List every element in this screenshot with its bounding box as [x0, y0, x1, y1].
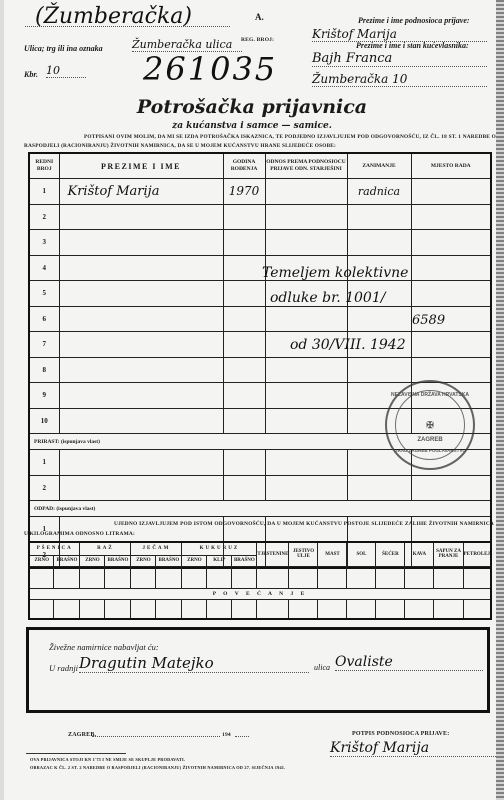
person-name[interactable] [59, 475, 223, 501]
person-year[interactable] [223, 475, 265, 501]
form-title: Potrošačka prijavnica [0, 96, 504, 118]
person-relation[interactable] [265, 450, 347, 476]
stamp-emblem-icon: ✠ [387, 420, 473, 431]
footer-rule [26, 753, 126, 754]
stock-cell[interactable] [318, 566, 347, 588]
person-name[interactable] [59, 230, 223, 256]
person-relation[interactable] [265, 306, 347, 332]
stock-cell[interactable] [376, 599, 405, 619]
row-no: 6 [29, 306, 59, 332]
person-occupation[interactable] [347, 230, 411, 256]
stock-group-jecam: JEČAM [131, 542, 182, 555]
stock-cell[interactable] [232, 566, 257, 588]
person-year[interactable] [223, 357, 265, 383]
form-mark: A. [255, 12, 264, 22]
street-label: Ulica; trg ili ina oznaka [24, 44, 103, 53]
supply-heading: Živežne namirnice nabavljat ću: [49, 642, 159, 652]
stock-cell[interactable] [347, 599, 376, 619]
person-year[interactable]: 1970 [223, 179, 265, 205]
person-relation[interactable] [265, 230, 347, 256]
person-year[interactable] [223, 306, 265, 332]
persons-table: REDNI BROJ PREZIME I IME GODINA ROĐENJA … [28, 152, 492, 569]
person-year[interactable] [223, 230, 265, 256]
stock-table: PŠENICA RAŽ JEČAM KUKURUZ TJESTENINE JES… [28, 541, 492, 620]
row-no: 4 [29, 255, 59, 281]
stock-cell[interactable] [105, 599, 131, 619]
stock-cell[interactable] [207, 566, 232, 588]
person-workplace[interactable] [411, 475, 491, 501]
person-year[interactable] [223, 255, 265, 281]
col-header-relation: ODNOS PREMA PODNOSIOCU PRIJAVE ODN. STAR… [265, 153, 347, 179]
house-no-label: Kbr. [24, 70, 38, 79]
stamp-top-text: NEZAVISNA DRŽAVA HRVATSKA [387, 392, 473, 398]
intro-text: POTPISANI OVIM MOLIM, DA MI SE IZDA POTR… [24, 133, 496, 151]
stock-cell[interactable] [80, 599, 105, 619]
row-no: 8 [29, 357, 59, 383]
person-year[interactable] [223, 450, 265, 476]
person-name[interactable] [59, 383, 223, 409]
person-workplace[interactable] [411, 255, 491, 281]
stock-sub-zrno: ZRNO [131, 555, 156, 566]
stock-cell[interactable] [80, 566, 105, 588]
table-row: 8 [29, 357, 491, 383]
person-relation[interactable] [265, 383, 347, 409]
person-name[interactable] [59, 450, 223, 476]
col-header-no: REDNI BROJ [29, 153, 59, 179]
stock-col-kava: KAVA [405, 542, 434, 566]
stock-cell[interactable] [29, 566, 54, 588]
col-header-year: GODINA ROĐENJA [223, 153, 265, 179]
stock-cell[interactable] [156, 599, 182, 619]
annotation-line-4: od 30/VIII. 1942 [290, 337, 406, 353]
stock-cell[interactable] [376, 566, 405, 588]
regulation-note: OBRAZAC K ČL. 2 ST. 2 NAREDBE O RASPODJE… [30, 765, 285, 770]
place-label: ZAGREB, [68, 732, 96, 738]
person-relation[interactable] [265, 204, 347, 230]
row-no: 10 [29, 408, 59, 434]
stock-sub-zrno: ZRNO [182, 555, 207, 566]
annotation-line-1: Temeljem kolektivne [262, 265, 408, 281]
official-stamp: NEZAVISNA DRŽAVA HRVATSKA ✠ ZAGREB GRAD … [385, 380, 475, 470]
stock-col-tjestenine: TJESTENINE [257, 542, 289, 566]
person-workplace[interactable] [411, 281, 491, 307]
price-note: OVA PRIJAVNICA STOJI KN 1'75 I NE SMIJE … [30, 757, 185, 762]
table-row: 4 [29, 255, 491, 281]
house-no-value: 10 [46, 64, 86, 78]
stock-cell[interactable] [54, 566, 80, 588]
row-no: 2 [29, 204, 59, 230]
stamp-middle-text: ZAGREB [387, 437, 473, 443]
person-occupation[interactable] [347, 475, 411, 501]
person-name[interactable] [59, 204, 223, 230]
stock-col-petrolej: PETROLEJ [463, 542, 491, 566]
stock-col-sol: SOL [347, 542, 376, 566]
person-relation[interactable] [265, 179, 347, 205]
person-occupation[interactable] [347, 204, 411, 230]
stock-cell[interactable] [463, 566, 491, 588]
person-name[interactable] [59, 408, 223, 434]
stock-group-kukuruz: KUKURUZ [182, 542, 257, 555]
table-row: 1 Krištof Marija 1970 radnica [29, 179, 491, 205]
person-year[interactable] [223, 281, 265, 307]
stock-cell[interactable] [347, 566, 376, 588]
stock-sub-zrno: ZRNO [80, 555, 105, 566]
reg-no-label: REG. BROJ: [241, 37, 274, 43]
person-relation[interactable] [265, 357, 347, 383]
year-suffix: 194 [222, 732, 231, 738]
landlord-label: Prezime i ime i stan kućevlasnika: [356, 41, 469, 50]
stock-cell[interactable] [405, 566, 434, 588]
annotation-line-2: odluke br. 1001/ [270, 290, 385, 306]
stock-group-psenica: PŠENICA [29, 542, 80, 555]
person-workplace[interactable] [411, 204, 491, 230]
supply-street-label: ulica [314, 663, 330, 672]
stock-cell[interactable] [182, 599, 207, 619]
stock-cell[interactable] [131, 566, 156, 588]
person-relation[interactable] [265, 408, 347, 434]
stock-cell[interactable] [232, 599, 257, 619]
stock-cell[interactable] [257, 566, 289, 588]
person-year[interactable] [223, 204, 265, 230]
stock-values-row [29, 566, 491, 588]
table-row: 5 [29, 281, 491, 307]
person-occupation[interactable] [347, 306, 411, 332]
scan-right-edge [496, 0, 504, 800]
stock-cell[interactable] [257, 599, 289, 619]
stock-cell[interactable] [29, 599, 54, 619]
scan-left-edge [0, 0, 4, 800]
stock-increase-label: P O V E Ć A N J E [29, 588, 491, 599]
stock-cell[interactable] [156, 566, 182, 588]
stock-cell[interactable] [463, 599, 491, 619]
stock-intro: UJEDNO IZJAVLJUJEM POD ISTOM ODGOVORNOŠĆ… [24, 519, 494, 539]
applicant-label: Prezime i ime podnosioca prijave: [358, 16, 470, 25]
person-workplace[interactable] [411, 230, 491, 256]
landlord-name: Bajh Franca [312, 51, 487, 67]
col-header-name: PREZIME I IME [59, 153, 223, 179]
heading-dotline [25, 26, 230, 27]
person-name[interactable] [59, 255, 223, 281]
table-row: 7 [29, 332, 491, 358]
shop-label: U radnji [49, 663, 78, 673]
row-no: 1 [29, 450, 59, 476]
row-no: 5 [29, 281, 59, 307]
person-name[interactable] [59, 306, 223, 332]
row-no: 2 [29, 475, 59, 501]
landlord-address: Žumberačka 10 [312, 72, 487, 87]
person-year[interactable] [223, 383, 265, 409]
year-dotline[interactable] [235, 736, 249, 737]
stock-sub-brasno: BRAŠNO [156, 555, 182, 566]
stock-sub-brasno: BRAŠNO [105, 555, 131, 566]
person-year[interactable] [223, 332, 265, 358]
supply-street-value[interactable]: Ovaliste [335, 654, 483, 671]
stock-sub-klip: KLIP [207, 555, 232, 566]
stock-col-mast: MAST [318, 542, 347, 566]
person-year[interactable] [223, 408, 265, 434]
stock-cell[interactable] [434, 566, 463, 588]
stock-sub-brasno: BRAŠNO [54, 555, 80, 566]
person-name[interactable] [59, 281, 223, 307]
col-header-occupation: ZANIMANJE [347, 153, 411, 179]
stock-cell[interactable] [318, 599, 347, 619]
stock-cell[interactable] [105, 566, 131, 588]
stock-col-secer: ŠEĆER [376, 542, 405, 566]
person-name[interactable] [59, 332, 223, 358]
stock-cell[interactable] [405, 599, 434, 619]
person-occupation[interactable] [347, 357, 411, 383]
supply-box: Živežne namirnice nabavljat ću: U radnji… [26, 627, 490, 713]
stock-col-sapun: SAPUN ZA PRANJE [434, 542, 463, 566]
stock-cell[interactable] [182, 566, 207, 588]
row-no: 3 [29, 230, 59, 256]
row-no: 9 [29, 383, 59, 409]
stamp-bottom-text: GRAD ZAGREB POGLAVARSTVO [387, 448, 473, 453]
signature-value[interactable]: Krištof Marija [330, 740, 496, 757]
col-header-workplace: MJESTO RADA [411, 153, 491, 179]
applicant-value: Krištof Marija [312, 27, 487, 42]
row-no: 1 [29, 179, 59, 205]
row-no: 7 [29, 332, 59, 358]
stock-cell[interactable] [207, 599, 232, 619]
form-subtitle: za kućanstva i samce — samice. [0, 121, 504, 131]
shop-value[interactable]: Dragutin Matejko [79, 654, 309, 673]
stock-group-raz: RAŽ [80, 542, 131, 555]
person-workplace[interactable] [411, 179, 491, 205]
table-row: 3 [29, 230, 491, 256]
annotation-line-3: 6589 [412, 313, 445, 328]
stock-increase-row [29, 599, 491, 619]
person-occupation[interactable]: radnica [347, 179, 411, 205]
odpad-label: ODPAD: (ispunjava vlast) [29, 501, 491, 517]
stock-col-ulje: JESTIVO ULJE [289, 542, 318, 566]
person-relation[interactable] [265, 475, 347, 501]
person-name[interactable]: Krištof Marija [59, 179, 223, 205]
stock-cell[interactable] [289, 599, 318, 619]
stock-cell[interactable] [289, 566, 318, 588]
reg-no-value: 261035 [143, 50, 277, 88]
stock-sub-brasno: BRAŠNO [232, 555, 257, 566]
date-dotline[interactable] [92, 736, 220, 737]
person-workplace[interactable] [411, 357, 491, 383]
stock-cell[interactable] [54, 599, 80, 619]
stock-cell[interactable] [131, 599, 156, 619]
prirast-row: 2 [29, 475, 491, 501]
person-name[interactable] [59, 357, 223, 383]
stock-sub-zrno: ZRNO [29, 555, 54, 566]
stock-cell[interactable] [434, 599, 463, 619]
table-row: 2 [29, 204, 491, 230]
signature-label: POTPIS PODNOSIOCA PRIJAVE: [352, 731, 449, 737]
person-workplace[interactable] [411, 332, 491, 358]
